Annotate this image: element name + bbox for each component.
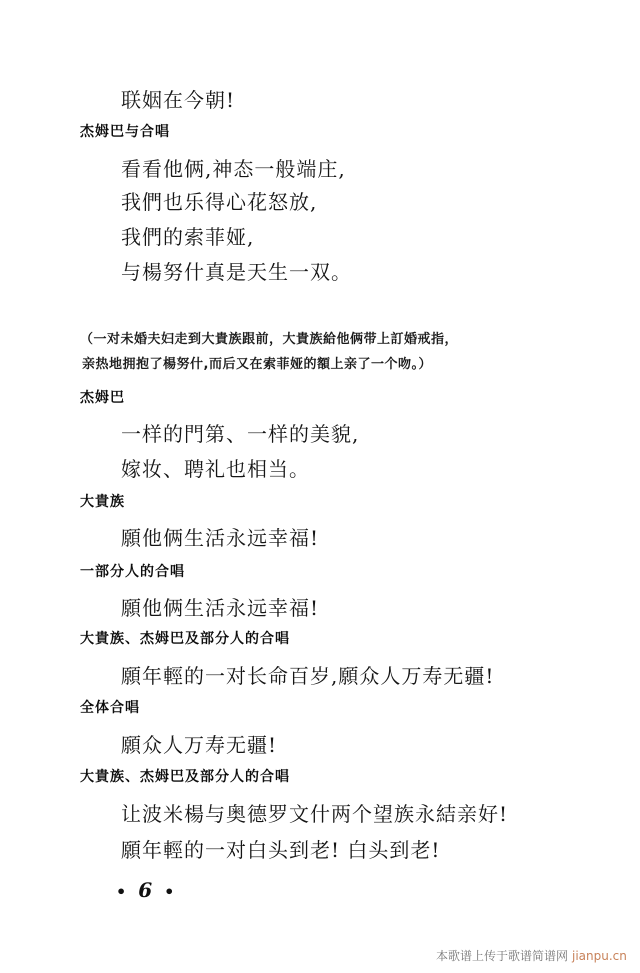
- page-number-dot-left: •: [116, 882, 126, 901]
- lyric-line: 我們也乐得心花怒放,: [121, 186, 317, 215]
- lyric-line: 我們的索菲娅,: [121, 221, 254, 250]
- watermark: 本歌谱上传于歌谱简谱网jianpu.cn: [436, 947, 627, 964]
- speaker-label: 杰姆巴与合唱: [80, 121, 170, 141]
- lyric-line: 看看他俩,神态一般端庄,: [121, 153, 346, 182]
- lyric-line: 与楊努什真是天生一双。: [121, 256, 352, 285]
- speaker-label: 大貴族: [80, 491, 125, 511]
- score-page: 联姻在今朝! 杰姆巴与合唱 看看他俩,神态一般端庄, 我們也乐得心花怒放, 我們…: [0, 0, 640, 973]
- speaker-label: 杰姆巴: [80, 387, 125, 407]
- lyric-line: 联姻在今朝!: [121, 84, 235, 113]
- speaker-label: 全体合唱: [80, 697, 140, 717]
- speaker-label: 一部分人的合唱: [80, 561, 185, 581]
- page-number-dot-right: •: [164, 882, 174, 901]
- lyric-line: 願他俩生活永远幸福!: [121, 592, 319, 621]
- watermark-site: jianpu.cn: [572, 949, 627, 963]
- lyric-line: 願年輕的一对长命百岁,願众人万寿无疆!: [121, 660, 494, 689]
- lyric-line: 願他俩生活永远幸福!: [121, 522, 319, 551]
- speaker-label: 大貴族、杰姆巴及部分人的合唱: [80, 628, 290, 648]
- page-number-value: 6: [138, 878, 152, 902]
- watermark-text: 本歌谱上传于歌谱简谱网: [436, 949, 568, 963]
- lyric-line: 嫁妆、聘礼也相当。: [121, 453, 310, 482]
- lyric-line: 一样的門第、一样的美貌,: [121, 418, 359, 447]
- lyric-line: 让波米楊与奥德罗文什两个望族永結亲好!: [121, 798, 508, 827]
- lyric-line: 願年輕的一对白头到老! 白头到老!: [121, 834, 440, 863]
- speaker-label: 大貴族、杰姆巴及部分人的合唱: [80, 766, 290, 786]
- stage-direction: 亲热地拥抱了楊努什,而后又在索菲娅的額上亲了一个吻。）: [82, 353, 432, 372]
- lyric-line: 願众人万寿无疆!: [121, 729, 277, 758]
- stage-direction: （一对未婚夫妇走到大貴族跟前，大貴族給他俩带上訂婚戒指，: [80, 328, 458, 347]
- page-number: •6•: [104, 878, 186, 902]
